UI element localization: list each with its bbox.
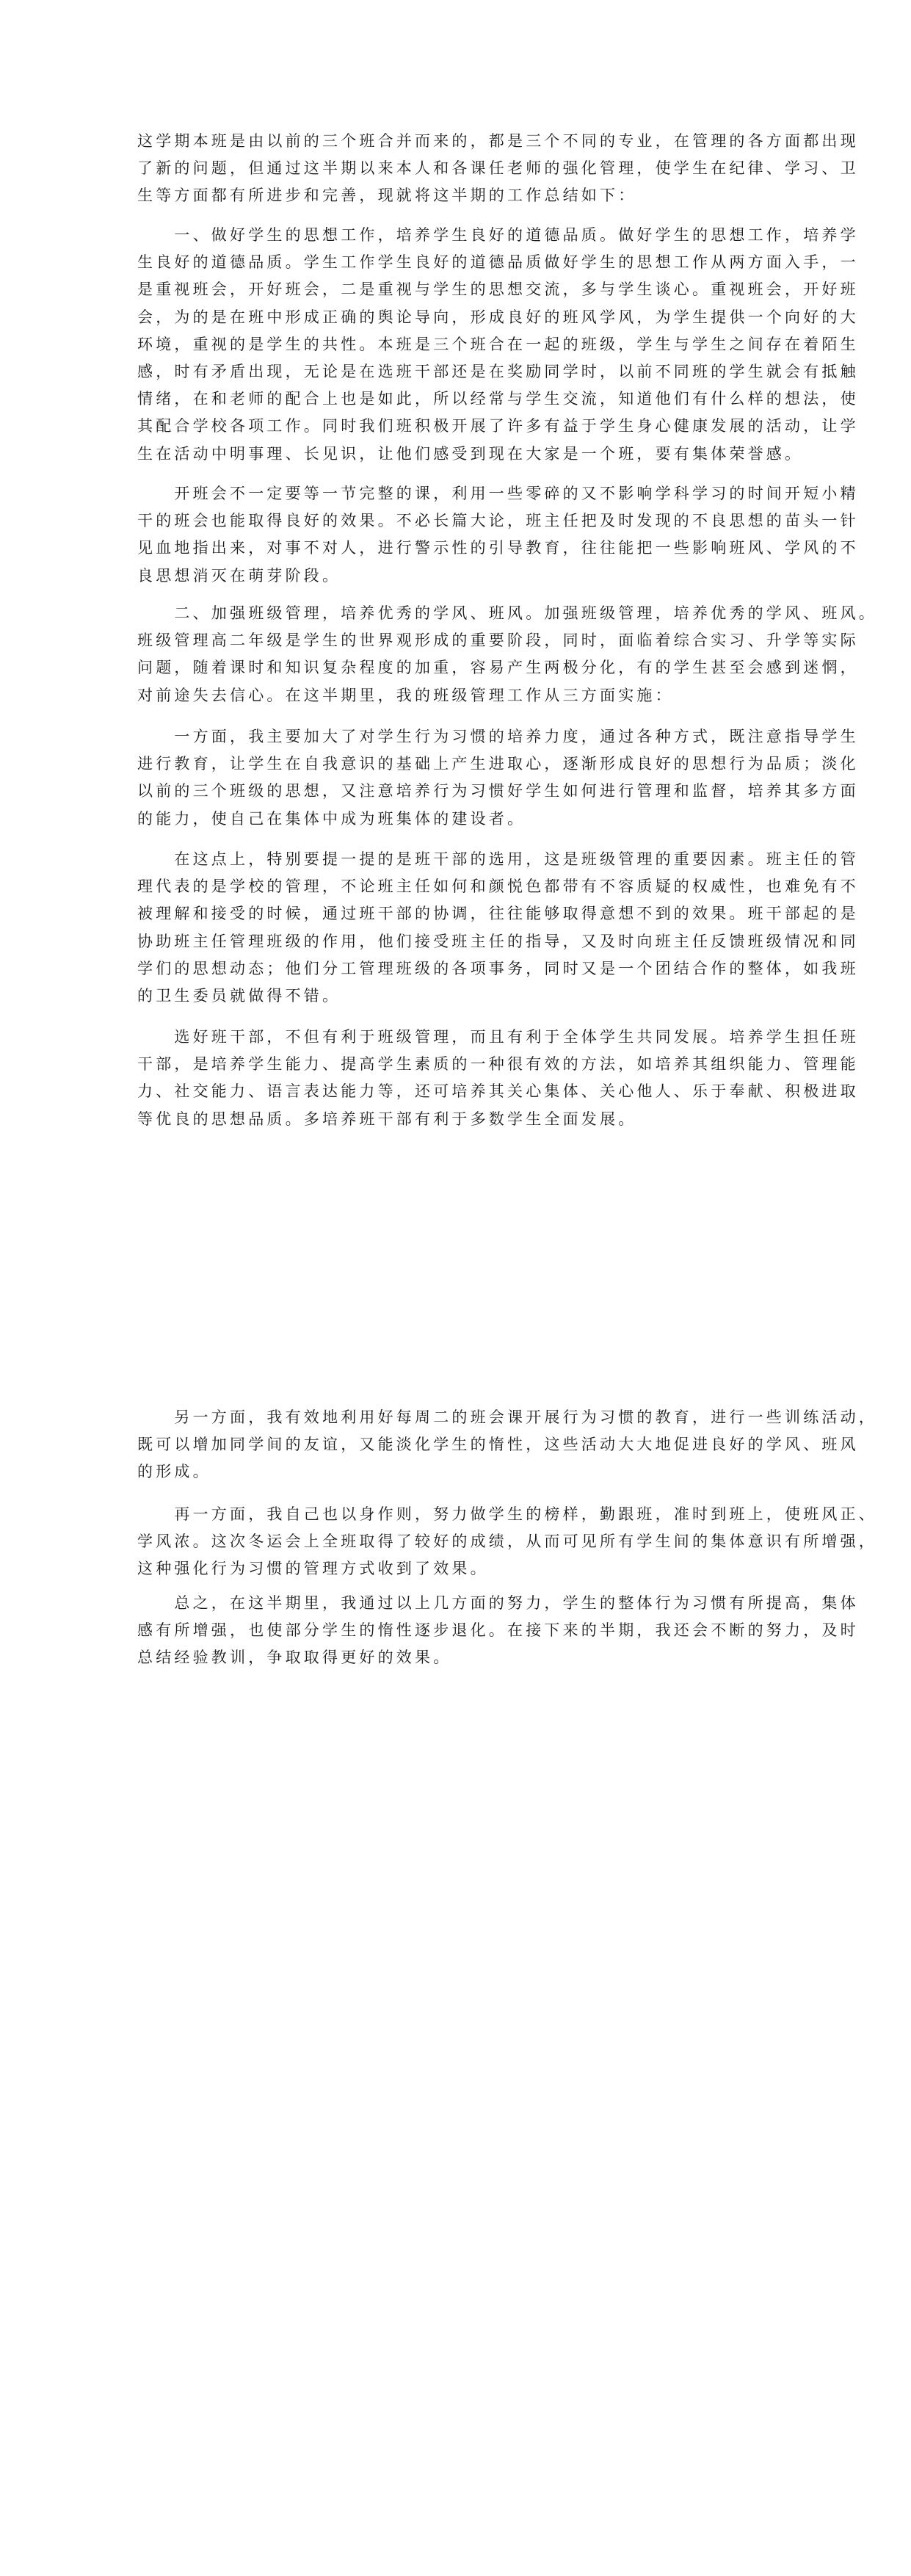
text-line: 生在活动中明事理、长见识，让他们感受到现在大家是一个班，要有集体荣誉感。 [137,445,803,463]
text-line: 良思想消灭在萌芽阶段。 [137,567,341,585]
text-line: 对前途失去信心。在这半期里，我的班级管理工作从三方面实施： [137,687,674,704]
text-line: 情绪，在和老师的配合上也是如此，所以经常与学生交流，知道他们有什么样的想法，使 [137,390,859,408]
text-line: 的卫生委员就做得不错。 [137,987,341,1005]
document-page: 这学期本班是由以前的三个班合并而来的，都是三个不同的专业，在管理的各方面都出现了… [0,0,911,2576]
text-line: 会，为的是在班中形成正确的舆论导向，形成良好的班风学风，为学生提供一个向好的大 [137,308,859,326]
text-line: 的形成。 [137,1463,211,1480]
text-line: 二、加强班级管理，培养优秀的学风、班风。加强班级管理，培养优秀的学风、班风。 [137,604,877,622]
text-line: 总结经验教训，争取取得更好的效果。 [137,1649,451,1666]
text-line: 班级管理高二年级是学生的世界观形成的重要阶段，同时，面临着综合实习、升学等实际 [137,632,859,649]
text-line: 一、做好学生的思想工作，培养学生良好的道德品质。做好学生的思想工作，培养学 [137,226,859,244]
text-line: 的能力，使自己在集体中成为班集体的建设者。 [137,810,526,828]
text-line: 是重视班会，开好班会，二是重视与学生的思想交流，多与学生谈心。重视班会，开好班 [137,281,859,298]
text-line: 这学期本班是由以前的三个班合并而来的，都是三个不同的专业，在管理的各方面都出现 [137,132,859,150]
text-line: 其配合学校各项工作。同时我们班积极开展了许多有益于学生身心健康发展的活动，让学 [137,417,859,435]
text-line: 既可以增加同学间的友谊，又能淡化学生的惰性，这些活动大大地促进良好的学风、班风 [137,1436,859,1453]
text-line: 感有所增强，也使部分学生的惰性逐步退化。在接下来的半期，我还会不断的努力，及时 [137,1621,859,1639]
text-line: 总之，在这半期里，我通过以上几方面的努力，学生的整体行为习惯有所提高，集体 [137,1594,859,1612]
text-line: 等优良的思想品质。多培养班干部有利于多数学生全面发展。 [137,1110,636,1128]
text-line: 理代表的是学校的管理，不论班主任如何和颜悦色都带有不容质疑的权威性，也难免有不 [137,878,859,895]
text-line: 力、社交能力、语言表达能力等，还可培养其关心集体、关心他人、乐于奉献、积极进取 [137,1082,859,1100]
text-line: 协助班主任管理班级的作用，他们接受班主任的指导，又及时向班主任反馈班级情况和同 [137,933,859,950]
text-line: 生良好的道德品质。学生工作学生良好的道德品质做好学生的思想工作从两方面入手，一 [137,253,859,271]
text-line: 选好班干部，不但有利于班级管理，而且有利于全体学生共同发展。培养学生担任班 [137,1028,859,1046]
text-line: 开班会不一定要等一节完整的课，利用一些零碎的又不影响学科学习的时间开短小精 [137,485,859,502]
text-line: 被理解和接受的时候，通过班干部的协调，往往能够取得意想不到的效果。班干部起的是 [137,905,859,922]
text-line: 在这点上，特别要提一提的是班干部的选用，这是班级管理的重要因素。班主任的管 [137,850,859,868]
text-line: 干的班会也能取得良好的效果。不必长篇大论，班主任把及时发现的不良思想的苗头一针 [137,512,859,529]
text-line: 以前的三个班级的思想，又注意培养行为习惯好学生如何进行管理和监督，培养其多方面 [137,782,859,800]
text-line: 学风浓。这次冬运会上全班取得了较好的成绩，从而可见所有学生间的集体意识有所增强， [137,1533,877,1550]
text-line: 再一方面，我自己也以身作则，努力做学生的榜样，勤跟班，准时到班上，使班风正、 [137,1505,877,1523]
text-line: 了新的问题，但通过这半期以来本人和各课任老师的强化管理，使学生在纪律、学习、卫 [137,159,859,177]
text-line: 一方面，我主要加大了对学生行为习惯的培养力度，通过各种方式，既注意指导学生 [137,728,859,745]
text-line: 干部，是培养学生能力、提高学生素质的一种很有效的方法，如培养其组织能力、管理能 [137,1055,859,1073]
text-line: 另一方面，我有效地利用好每周二的班会课开展行为习惯的教育，进行一些训练活动， [137,1408,877,1426]
text-line: 生等方面都有所进步和完善，现就将这半期的工作总结如下： [137,187,636,204]
text-line: 进行教育，让学生在自我意识的基础上产生进取心，逐渐形成良好的思想行为品质；淡化 [137,755,859,773]
text-line: 见血地指出来，对事不对人，进行警示性的引导教育，往往能把一些影响班风、学风的不 [137,539,859,557]
text-line: 学们的思想动态；他们分工管理班级的各项事务，同时又是一个团结合作的整体，如我班 [137,960,859,977]
text-line: 环境，重视的是学生的共性。本班是三个班合在一起的班级，学生与学生之间存在着陌生 [137,336,859,353]
text-line: 问题，随着课时和知识复杂程度的加重，容易产生两极分化，有的学生甚至会感到迷惘， [137,659,859,676]
text-line: 感，时有矛盾出现，无论是在选班干部还是在奖励同学时，以前不同班的学生就会有抵触 [137,363,859,380]
text-line: 这种强化行为习惯的管理方式收到了效果。 [137,1560,489,1577]
